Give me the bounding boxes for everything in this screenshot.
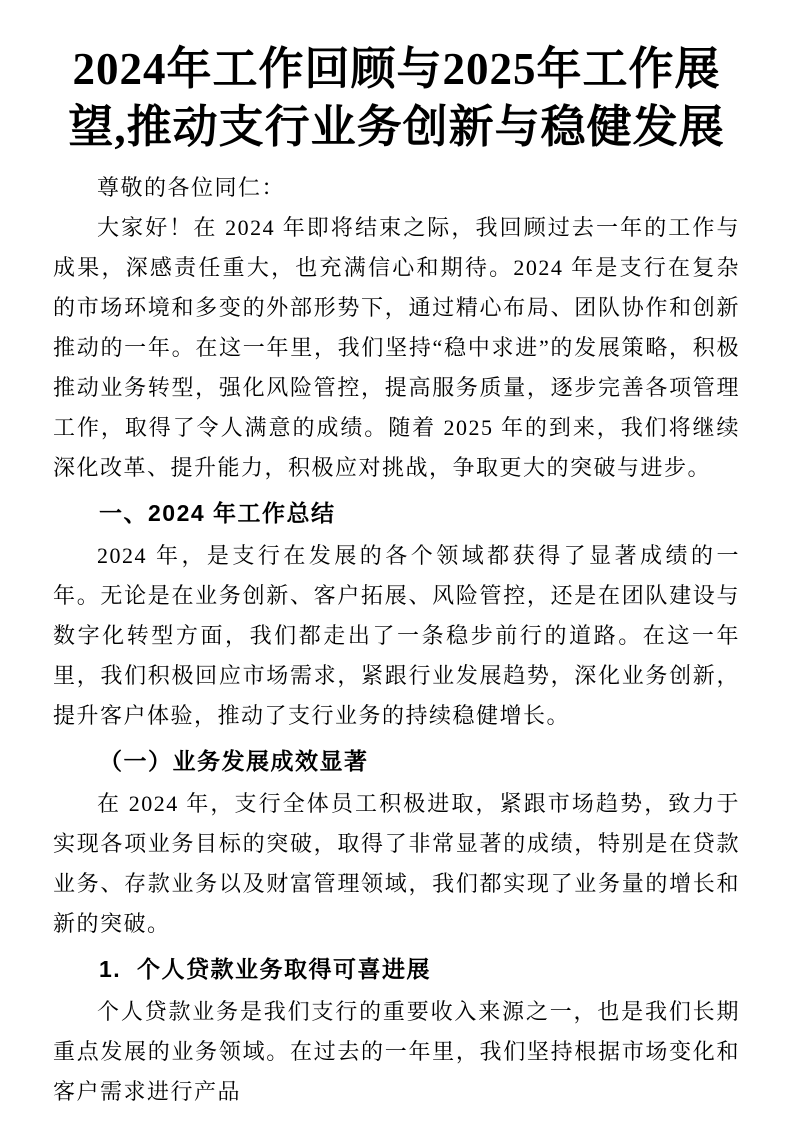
- paragraph-intro: 大家好！在 2024 年即将结束之际，我回顾过去一年的工作与成果，深感责任重大，…: [53, 208, 740, 488]
- document-title: 2024年工作回顾与2025年工作展 望,推动支行业务创新与稳健发展: [53, 40, 740, 156]
- document-title-line-1: 2024年工作回顾与2025年工作展: [53, 40, 740, 98]
- paragraph-personal-loan: 个人贷款业务是我们支行的重要收入来源之一，也是我们长期重点发展的业务领域。在过去…: [53, 992, 740, 1112]
- document-page: 2024年工作回顾与2025年工作展 望,推动支行业务创新与稳健发展 尊敬的各位…: [0, 0, 793, 1122]
- paragraph-salutation: 尊敬的各位同仁：: [53, 168, 740, 208]
- heading-item-1-personal-loan-progress: 1. 个人贷款业务取得可喜进展: [53, 949, 740, 989]
- paragraph-business-results: 在 2024 年，支行全体员工积极进取，紧跟市场趋势，致力于实现各项业务目标的突…: [53, 784, 740, 944]
- document-title-line-2: 望,推动支行业务创新与稳健发展: [53, 98, 740, 156]
- paragraph-2024-overview: 2024 年，是支行在发展的各个领域都获得了显著成绩的一年。无论是在业务创新、客…: [53, 536, 740, 736]
- heading-section-1-2024-work-summary: 一、2024 年工作总结: [53, 493, 740, 533]
- heading-subsection-1-business-development: （一）业务发展成效显著: [53, 741, 740, 781]
